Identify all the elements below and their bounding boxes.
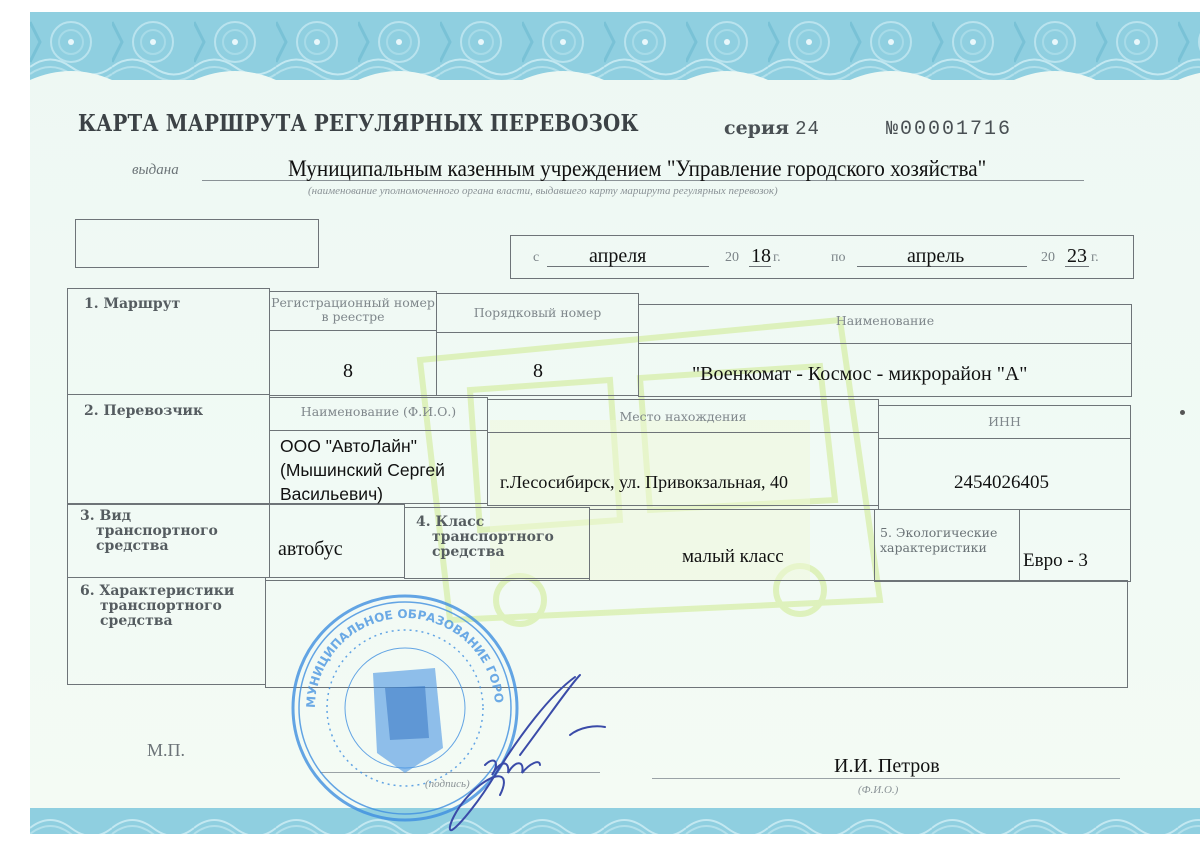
eco-label: 5. Экологические характеристики (880, 525, 997, 555)
vehicle-class-label-line-1: 4. Класс (416, 515, 554, 530)
issued-hint: (наименование уполномоченного органа вла… (308, 185, 778, 197)
order-number-value: 8 (533, 360, 543, 383)
reg-number-value: 8 (343, 360, 353, 383)
number-value: 00001716 (900, 118, 1012, 141)
serial-number: №00001716 (886, 118, 1012, 141)
name-hint: (Ф.И.О.) (858, 784, 898, 796)
eco-value: Евро - 3 (1023, 550, 1088, 572)
decorative-border-top (30, 12, 1200, 80)
period-to-month: апрель (907, 245, 964, 268)
vehicle-type-label-line-1: 3. Вид (80, 509, 218, 524)
route-section-label: 1. Маршрут (84, 297, 180, 312)
carrier-location-value: г.Лесосибирск, ул. Привокзальная, 40 (500, 472, 788, 493)
carrier-name-line-1: ООО "АвтоЛайн" (280, 434, 445, 458)
carrier-inn-value: 2454026405 (954, 472, 1049, 494)
vehicle-type-value: автобус (278, 538, 343, 561)
order-number-header: Порядковый номер (436, 306, 639, 320)
carrier-location-header: Место нахождения (487, 410, 879, 424)
route-name-value: "Военкомат - Космос - микрорайон "А" (692, 363, 1027, 386)
vehicle-class-label-line-3: средства (416, 545, 554, 560)
series-field: серия 24 (724, 117, 820, 140)
carrier-section-label: 2. Перевозчик (84, 404, 203, 419)
period-to-century: 20 (1041, 250, 1055, 266)
series-label: серия (724, 117, 789, 139)
period-from-suffix: г. (773, 250, 781, 266)
period-to-label: по (831, 250, 846, 266)
vehicle-type-label-line-3: средства (80, 539, 218, 554)
blank-box (75, 219, 319, 268)
vehicle-specs-label-line-2: транспортного (80, 599, 234, 614)
issued-by-value: Муниципальным казенным учреждением "Упра… (288, 156, 986, 182)
period-from-year: 18 (751, 245, 771, 268)
carrier-location-cell (487, 432, 879, 506)
vehicle-class-cell (589, 509, 875, 581)
vehicle-specs-label: 6. Характеристики транспортного средства (80, 584, 234, 629)
carrier-inn-header: ИНН (878, 415, 1131, 429)
eco-label-line-2: характеристики (880, 540, 997, 555)
vehicle-specs-label-line-1: 6. Характеристики (80, 584, 234, 599)
paper-speck (1180, 410, 1185, 415)
carrier-name-value: ООО "АвтоЛайн" (Мышинский Сергей Василье… (280, 434, 445, 506)
carrier-name-line-2: (Мышинский Сергей (280, 458, 445, 482)
carrier-name-line-3: Васильевич) (280, 482, 445, 506)
reg-number-header: Регистрационный номер в реестре (269, 296, 437, 324)
signature-icon (400, 655, 640, 835)
period-from-month: апреля (589, 245, 646, 268)
reg-number-cell (269, 330, 437, 396)
series-value: 24 (795, 118, 820, 140)
vehicle-class-label-line-2: транспортного (416, 530, 554, 545)
vehicle-type-label: 3. Вид транспортного средства (80, 509, 218, 554)
signer-name-line (652, 778, 1120, 779)
vehicle-class-label: 4. Класс транспортного средства (416, 515, 554, 560)
carrier-name-header: Наименование (Ф.И.О.) (269, 405, 488, 419)
period-from-century: 20 (725, 250, 739, 266)
vehicle-class-value: малый класс (682, 546, 784, 568)
route-name-header: Наименование (638, 314, 1132, 328)
period-to-suffix: г. (1091, 250, 1099, 266)
validity-period: с апреля 20 18 г. по апрель 20 23 г. (510, 235, 1134, 279)
period-to-year: 23 (1067, 245, 1087, 268)
vehicle-type-label-line-2: транспортного (80, 524, 218, 539)
issued-label: выдана (132, 162, 179, 179)
document-title: КАРТА МАРШРУТА РЕГУЛЯРНЫХ ПЕРЕВОЗОК (78, 110, 639, 137)
period-from-label: с (533, 250, 539, 266)
number-sign: № (886, 118, 900, 141)
signer-name: И.И. Петров (834, 755, 940, 778)
eco-label-line-1: 5. Экологические (880, 525, 997, 540)
vehicle-specs-label-line-3: средства (80, 614, 234, 629)
seal-placeholder: М.П. (147, 740, 185, 761)
